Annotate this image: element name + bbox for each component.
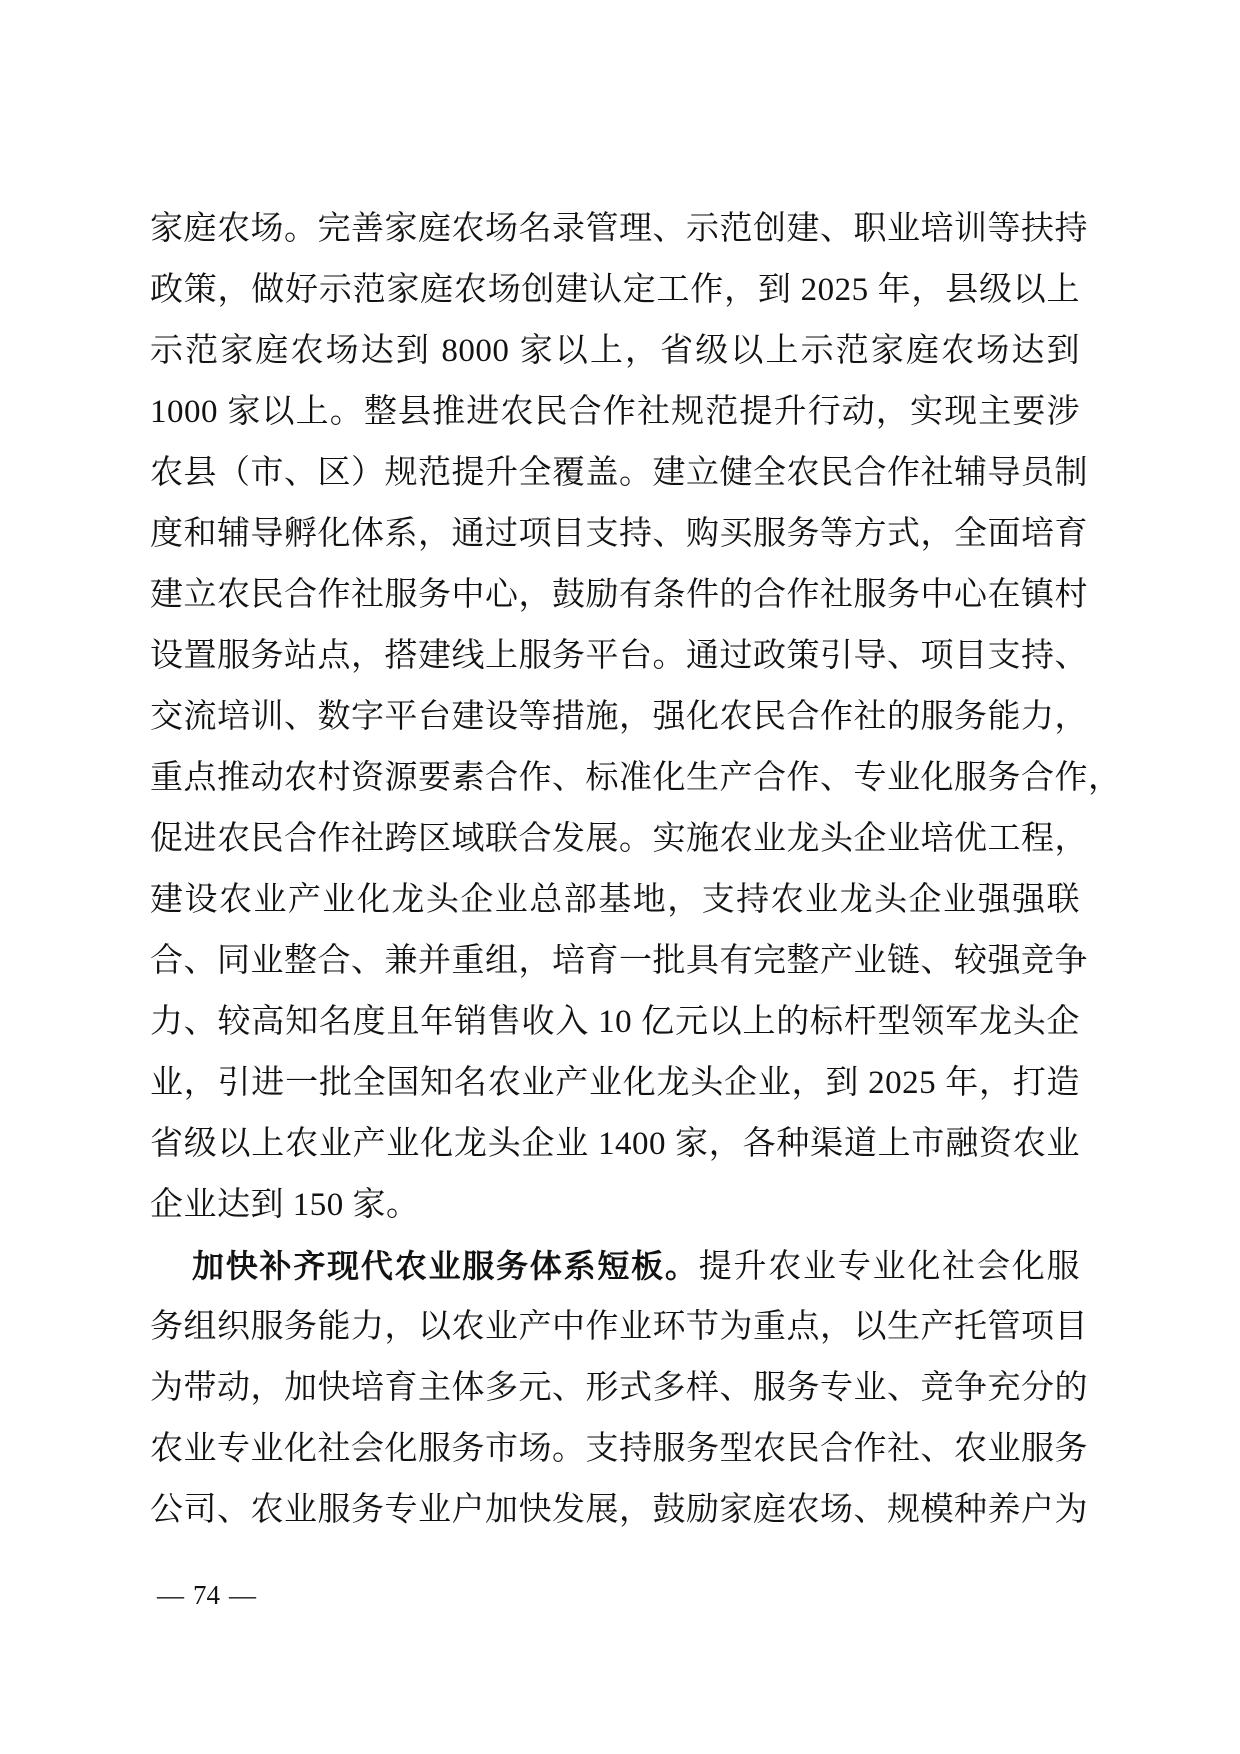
body-line: 企业达到 150 家。 (150, 1175, 1080, 1236)
body-line: 交流培训、数字平台建设等措施，强化农民合作社的服务能力， (150, 687, 1080, 748)
paragraph-2: 加快补齐现代农业服务体系短板。提升农业专业化社会化服 务组织服务能力，以农业产中… (150, 1236, 1080, 1541)
page-number: 74 (193, 1580, 220, 1610)
body-line: 1000 家以上。整县推进农民合作社规范提升行动，实现主要涉 (150, 382, 1080, 443)
body-text: 家庭农场。完善家庭农场名录管理、示范创建、职业培训等扶持 政策，做好示范家庭农场… (150, 199, 1080, 1541)
body-line: 政策，做好示范家庭农场创建认定工作，到 2025 年，县级以上 (150, 260, 1080, 321)
body-line: 家庭农场。完善家庭农场名录管理、示范创建、职业培训等扶持 (150, 199, 1080, 260)
body-line: 建设农业产业化龙头企业总部基地，支持农业龙头企业强强联 (150, 870, 1080, 931)
body-line: 促进农民合作社跨区域联合发展。实施农业龙头企业培优工程， (150, 809, 1080, 870)
body-line: 重点推动农村资源要素合作、标准化生产合作、专业化服务合作， (150, 748, 1080, 809)
footer-right-dash: — (229, 1580, 256, 1610)
body-line: 业，引进一批全国知名农业产业化龙头企业，到 2025 年，打造 (150, 1053, 1080, 1114)
body-line: 设置服务站点，搭建线上服务平台。通过政策引导、项目支持、 (150, 626, 1080, 687)
body-line: 建立农民合作社服务中心，鼓励有条件的合作社服务中心在镇村 (150, 565, 1080, 626)
body-line: 力、较高知名度且年销售收入 10 亿元以上的标杆型领军龙头企 (150, 992, 1080, 1053)
body-line: 示范家庭农场达到 8000 家以上，省级以上示范家庭农场达到 (150, 321, 1080, 382)
paragraph-lead-rest: 提升农业专业化社会化服 (699, 1249, 1080, 1285)
page-footer: —74— (157, 1577, 256, 1613)
body-line: 农业专业化社会化服务市场。支持服务型农民合作社、农业服务 (150, 1419, 1080, 1480)
body-line: 公司、农业服务专业户加快发展，鼓励家庭农场、规模种养户为 (150, 1480, 1080, 1541)
body-line: 务组织服务能力，以农业产中作业环节为重点，以生产托管项目 (150, 1297, 1080, 1358)
body-line: 为带动，加快培育主体多元、形式多样、服务专业、竞争充分的 (150, 1358, 1080, 1419)
footer-left-dash: — (157, 1580, 184, 1610)
body-line: 加快补齐现代农业服务体系短板。提升农业专业化社会化服 (150, 1236, 1080, 1297)
paragraph-1: 家庭农场。完善家庭农场名录管理、示范创建、职业培训等扶持 政策，做好示范家庭农场… (150, 199, 1080, 1236)
body-line: 农县（市、区）规范提升全覆盖。建立健全农民合作社辅导员制 (150, 443, 1080, 504)
body-line: 合、同业整合、兼并重组，培育一批具有完整产业链、较强竞争 (150, 931, 1080, 992)
body-line: 度和辅导孵化体系，通过项目支持、购买服务等方式，全面培育 (150, 504, 1080, 565)
body-line: 省级以上农业产业化龙头企业 1400 家，各种渠道上市融资农业 (150, 1114, 1080, 1175)
document-page: 家庭农场。完善家庭农场名录管理、示范创建、职业培训等扶持 政策，做好示范家庭农场… (0, 0, 1240, 1754)
paragraph-lead-bold: 加快补齐现代农业服务体系短板。 (192, 1247, 699, 1285)
